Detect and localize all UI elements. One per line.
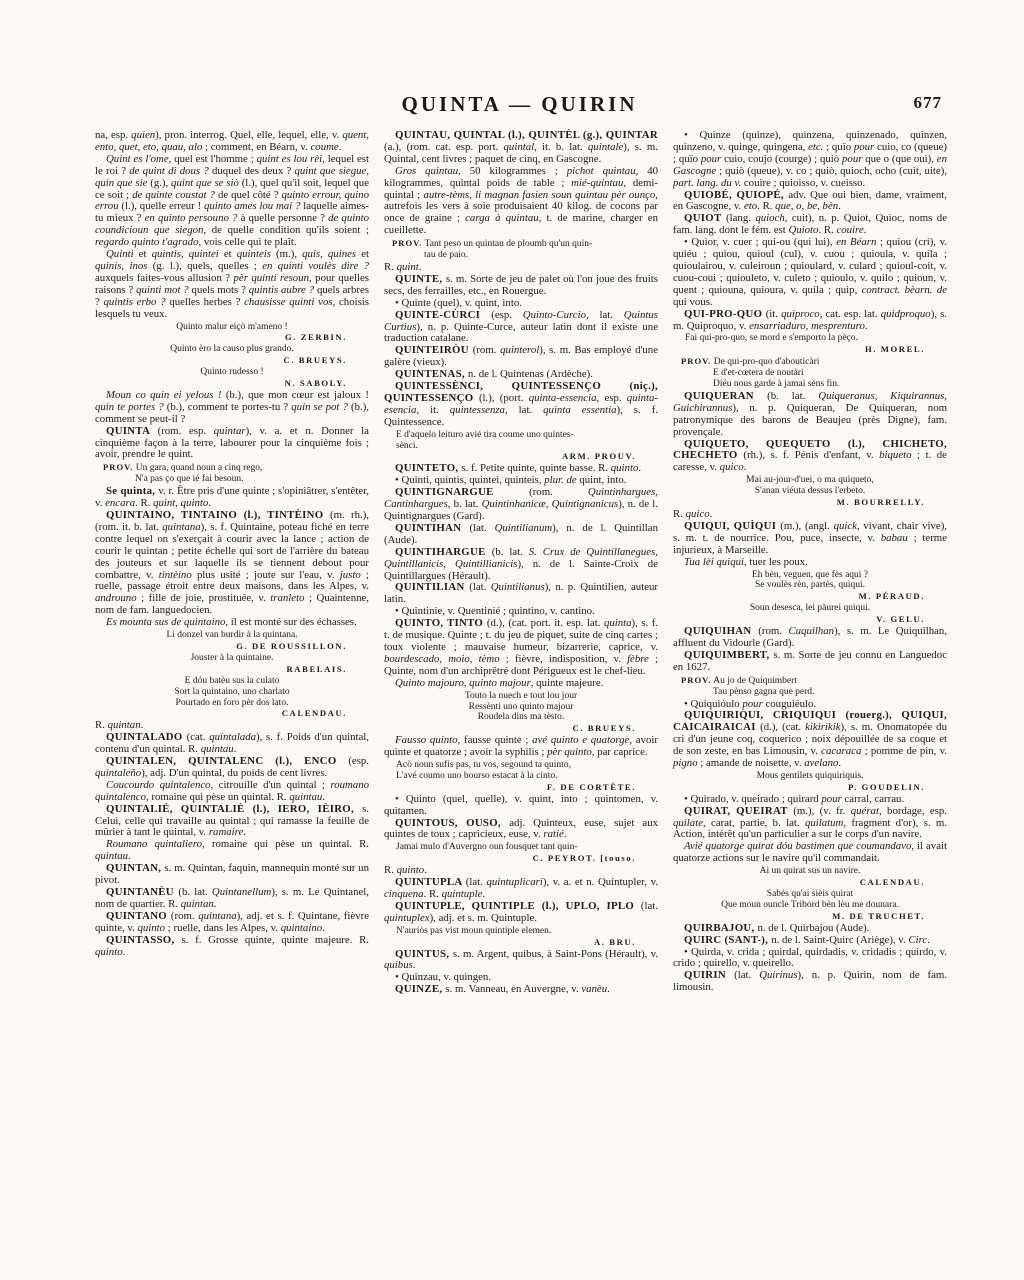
entry-text: • Quinzau, v. quingen.: [395, 971, 491, 983]
entry-text: n. de l. Quintenas (Ardèche).: [468, 368, 593, 380]
proverb-first-line: PROV. Tant peso un quintau de ploumb qu'…: [384, 238, 658, 250]
entry-text: • Quinti, quintis, quintei, quinteis, pl…: [395, 474, 626, 486]
dictionary-entry: QUIQUI, QUÌQUI (m.), (angl. quick, vivan…: [673, 521, 947, 557]
example-paragraph: Roumano quintaliero, romaine qui pèse un…: [95, 839, 369, 863]
dictionary-entry: QUINTOUS, OUSO, adj. Quinteux, euse, suj…: [384, 818, 658, 842]
attribution: N. SABOLY.: [95, 378, 369, 389]
attribution: H. MOREL.: [685, 344, 947, 355]
example-paragraph: Quinto majouro, quinto majour, quinte ma…: [384, 678, 658, 690]
attribution: G. DE ROUSSILLON.: [95, 641, 369, 652]
column-3: • Quinze (quinze), quinzena, quinzenado,…: [673, 130, 947, 996]
verse-line: Eh bèn, veguen, que fès aqui ?: [673, 570, 947, 581]
proverb: PROV. De qui-pro-quo d'abouticàriE d'et-…: [673, 356, 947, 390]
entry-text: • Quinto (quel, quelle), v. quint, into …: [384, 793, 658, 817]
verse-line: Mous gentilets quiquiriquis.: [673, 771, 947, 782]
attribution: M. DE TRUCHET.: [673, 911, 947, 922]
verse-line: Quinto malur eiçò m'ameno !: [95, 322, 369, 333]
example-paragraph: Es mounta sus de quintaino, il est monté…: [95, 617, 369, 629]
proverb-line: Tau pènso gagna que perd.: [673, 687, 947, 698]
entry-headword: QUINTANÈU: [106, 886, 178, 898]
proverb-line: E d'et-cœtera de noutàri: [673, 368, 947, 379]
example-paragraph: Tua lèi quìqui, tuer les poux.: [673, 557, 947, 569]
dictionary-entry: QUINTESSÈNCI, QUINTESSENÇO (niç.), QUINT…: [384, 381, 658, 429]
dictionary-entry: QUINTIHARGUE (b. lat. S. Crux de Quintil…: [384, 547, 658, 583]
attribution: G. ZERBIN.: [95, 332, 369, 343]
entry-headword: QUIRC (SANT-),: [684, 934, 771, 946]
entry-headword: QUINTAU, QUINTAL (l.), QUINTÈL (g.), QUI…: [395, 129, 658, 141]
entry-headword: QUIRIN: [684, 969, 734, 981]
cite-line: sènci.: [396, 441, 658, 452]
entry-text: Tua lèi quìqui, tuer les poux.: [684, 556, 808, 568]
column-2: QUINTAU, QUINTAL (l.), QUINTÈL (g.), QUI…: [384, 130, 658, 996]
entry-text: • Quirda, v. crida ; quirdal, quirdadis,…: [673, 946, 947, 970]
entry-headword: QUINTE,: [395, 273, 446, 285]
entry-text: Roumano quintaliero, romaine qui pèse un…: [95, 838, 369, 862]
entry-headword: QUINTALADO: [106, 731, 187, 743]
running-head: QUINTA — QUIRIN: [95, 92, 944, 117]
dictionary-entry: QUIQUIHAN (rom. Cuquilhan), s. m. Le Qui…: [673, 626, 947, 650]
proverb-text: Au jo de Quiquimbert: [713, 676, 797, 686]
attribution: P. GOUDELIN.: [673, 782, 947, 793]
verse-quote: Quinto èro la causo plus grando.C. BRUEY…: [95, 344, 369, 366]
verse-quote: Mous gentilets quiquiriquis.P. GOUDELIN.: [673, 771, 947, 793]
dictionary-entry: QUINTALADO (cat. quintalada), s. f. Poid…: [95, 732, 369, 756]
entry-headword: QUINZE,: [395, 983, 445, 995]
cross-reference-note: • Quior, v. cuer ; qui-ou (qui lui), en …: [673, 237, 947, 308]
cite-line: Jamai mulo d'Auvergno oun fousquet tant …: [396, 842, 658, 853]
verse-line: E dóu batèu sus la culato: [95, 676, 369, 687]
verse-quote: Jouster à la quintaine.RABELAIS.: [95, 653, 369, 675]
dictionary-entry: QUI-PRO-QUO (it. quiproco, cat. esp. lat…: [673, 309, 947, 333]
proverb: PROV. Tant peso un quintau de ploumb qu'…: [384, 238, 658, 261]
entry-headword: QUINTIHARGUE: [395, 546, 492, 558]
cross-reference-note: • Quirda, v. crida ; quirdal, quirdadis,…: [673, 947, 947, 971]
verse-quote: Quinto rudesso !N. SABOLY.: [95, 367, 369, 389]
cite-line: L'avé coumo uno bourso estacat à la cint…: [396, 771, 658, 782]
entry-text: Avié quatorge quirat dóu bastimen que co…: [673, 840, 947, 864]
entry-text: Quinto majouro, quinto majour, quinte ma…: [395, 677, 603, 689]
dictionary-entry: QUINTAN, s. m. Quintan, faquin, mannequi…: [95, 863, 369, 887]
dictionary-entry: QUINZE, s. m. Vanneau, en Auvergne, v. v…: [384, 984, 658, 996]
dictionary-entry: QUIRAT, QUEIRAT (m.), (v. fr. quérat, bo…: [673, 806, 947, 842]
attribution: CALENDAU.: [95, 708, 369, 719]
verse-line: Soun desesca, lei pàurei quìqui.: [673, 603, 947, 614]
dictionary-entry: Se quinta, v. r. Être pris d'une quinte …: [95, 486, 369, 510]
proverb-label: PROV.: [681, 356, 711, 366]
attribution: ARM. PROUV.: [396, 451, 658, 462]
entry-headword: QUINTUS,: [395, 948, 453, 960]
dictionary-entry: QUIQUERAN (b. lat. Quiqueranus, Kiquiran…: [673, 391, 947, 439]
verse-line: Sabès qu'ai sièis quirat: [673, 889, 947, 900]
entry-headword: QUINTENAS,: [395, 368, 468, 380]
entry-text: R. quico.: [673, 508, 712, 520]
page-number: 677: [914, 93, 943, 113]
proverb-label: PROV.: [681, 675, 711, 685]
verse-quote: Quinto malur eiçò m'ameno !G. ZERBIN.: [95, 322, 369, 344]
attribution: A. BRU.: [396, 937, 658, 948]
verse-quote: Li donzel van burdir à la quintana.G. DE…: [95, 630, 369, 652]
dictionary-entry: QUINTE-CÙRCI (esp. Quinto-Curcio, lat. Q…: [384, 310, 658, 346]
dictionary-entry: QUIOBÉ, QUIOPÉ, adv. Que oui bien, dame,…: [673, 190, 947, 214]
attribution: F. DE CORTÈTE.: [396, 782, 658, 793]
entry-text: Quinti et quintis, quintei et quinteis (…: [95, 248, 369, 320]
entry-text: R. quint.: [384, 261, 422, 273]
entry-headword: QUINTAN,: [106, 862, 164, 874]
citation: E d'aquelo leituro avié tira coume uno q…: [384, 430, 658, 463]
example-paragraph: Quinti et quintis, quintei et quinteis (…: [95, 249, 369, 320]
entry-text: • Quintinie, v. Quentinié ; quintino, v.…: [395, 605, 595, 617]
entry-text: • Quinte (quel), v. quint, into.: [395, 297, 522, 309]
proverb-first-line: PROV. De qui-pro-quo d'abouticàri: [673, 356, 947, 368]
verse-line: S'anan viéuta dessus l'erbeto.: [673, 486, 947, 497]
dictionary-entry: QUINTILIAN (lat. Quintilianus), n. p. Qu…: [384, 582, 658, 606]
verse-line: Aì un quirat sus un navire.: [673, 866, 947, 877]
entry-text: Es mounta sus de quintaino, il est monté…: [106, 616, 357, 628]
entry-headword: QUINTALEN, QUINTALENC (l.), ENCO: [106, 755, 348, 767]
entry-text: Gros quintau, 50 kilogrammes ; pichot qu…: [384, 165, 658, 237]
dictionary-entry: QUINTAU, QUINTAL (l.), QUINTÈL (g.), QUI…: [384, 130, 658, 166]
example-paragraph: Coucourdo quintalenco, citrouille d'un q…: [95, 780, 369, 804]
continuation-paragraph: na, esp. quien), pron. interrog. Quel, e…: [95, 130, 369, 154]
entry-headword: QUINTUPLE, QUINTIPLE (l.), UPLO, IPLO: [395, 900, 641, 912]
entry-text: Fausso quinto, fausse quinte ; avé quint…: [384, 734, 658, 758]
attribution: V. GELU.: [673, 614, 947, 625]
column-1: na, esp. quien), pron. interrog. Quel, e…: [95, 130, 369, 996]
attribution: C. PEYROT. [touso.: [396, 853, 658, 864]
citation: Acò noun sufis pas, tu vos, segound ta q…: [384, 760, 658, 793]
verse-line: Quinto rudesso !: [95, 367, 369, 378]
attribution: M. PÉRAUD.: [673, 591, 947, 602]
entry-text: n. de l. Saint-Quirc (Ariège), v. Circ.: [771, 934, 930, 946]
cite-line: Acò noun sufis pas, tu vos, segound ta q…: [396, 760, 658, 771]
proverb-first-line: PROV. Un gara, quand noun a cinq rego,: [95, 462, 369, 474]
dictionary-entry: QUINTE, s. m. Sorte de jeu de palet où l…: [384, 274, 658, 298]
proverb-line: N'a pas ço que ié fai besoun.: [95, 474, 369, 485]
example-paragraph: Moun co quin ei yelous ! (b.), que mon c…: [95, 390, 369, 426]
entry-text: • Quior, v. cuer ; qui-ou (qui lui), en …: [673, 236, 947, 308]
entry-headword: QUINTAINO, TINTAINO (l.), TINTÈINO: [106, 509, 330, 521]
page-header: QUINTA — QUIRIN 677: [95, 92, 944, 122]
dictionary-entry: QUINTANÈU (b. lat. Quintanellum), s. m. …: [95, 887, 369, 911]
dictionary-entry: QUINTIHAN (lat. Quintilianum), n. de l. …: [384, 523, 658, 547]
entry-headword: QUI-PRO-QUO: [684, 308, 766, 320]
dictionary-entry: QUINTUS, s. m. Argent, quibus, à Saint-P…: [384, 949, 658, 973]
verse-quote: Aì un quirat sus un navire.CALENDAU.: [673, 866, 947, 888]
entry-headword: QUIRAT, QUEIRAT: [684, 805, 793, 817]
cite-line: E d'aquelo leituro avié tira coume uno q…: [396, 430, 658, 441]
entry-headword: QUIQUI, QUÌQUI: [684, 520, 780, 532]
dictionary-entry: QUIQUETO, QUEQUETO (l.), CHICHETO, CHECH…: [673, 439, 947, 475]
entry-text: n. de l. Quirbajou (Aude).: [758, 922, 870, 934]
entry-headword: QUIRBAJOU,: [684, 922, 758, 934]
cite-line: N'auriòs pas vist moun quintiple elemen.: [396, 926, 658, 937]
dictionary-entry: QUINTALIÉ, QUINTALIÈ (l.), IERO, IÈIRO, …: [95, 804, 369, 840]
proverb: PROV. Un gara, quand noun a cinq rego,N'…: [95, 462, 369, 485]
verse-quote: Eh bèn, veguen, que fès aqui ?Se voulès …: [673, 570, 947, 603]
proverb-text: Un gara, quand noun a cinq rego,: [136, 463, 263, 473]
entry-text: • Quinze (quinze), quinzena, quinzenado,…: [673, 129, 947, 189]
example-paragraph: Avié quatorge quirat dóu bastimen que co…: [673, 841, 947, 865]
cite-line: Fai qui-pro-quo, se mord e s'emporto la …: [685, 333, 947, 344]
entry-headword: QUINTA: [106, 425, 158, 437]
attribution: C. BRUEYS.: [95, 355, 369, 366]
verse-line: Que moun ouncle Tribord bèn lèu me douna…: [673, 900, 947, 911]
dictionary-entry: QUINTUPLA (lat. quintuplicari), v. a. et…: [384, 877, 658, 901]
verse-quote: Sabès qu'ai sièis quiratQue moun ouncle …: [673, 889, 947, 922]
entry-headword: QUINTANO: [106, 910, 171, 922]
verse-quote: Touto la nuech e tout lou jourRessènti u…: [384, 691, 658, 735]
verse-line: Sort la quintaino, uno charlato: [95, 687, 369, 698]
entry-headword: QUINTOUS, OUSO,: [395, 817, 509, 829]
entry-headword: QUIQUIHAN: [684, 625, 758, 637]
proverb-label: PROV.: [392, 238, 422, 248]
proverb-text: Tant peso un quintau de ploumb qu'un qui…: [425, 239, 593, 249]
entry-text: Moun co quin ei yelous ! (b.), que mon c…: [95, 389, 369, 425]
entry-headword: QUINTALIÉ, QUINTALIÈ (l.), IERO, IÈIRO,: [106, 803, 362, 815]
proverb-text: De qui-pro-quo d'abouticàri: [714, 357, 820, 367]
entry-headword: QUIQUIMBERT,: [684, 649, 773, 661]
entry-headword: QUINTIGNARGUE: [395, 486, 529, 498]
entry-headword: QUIOT: [684, 212, 726, 224]
example-paragraph: Gros quintau, 50 kilogrammes ; pichot qu…: [384, 166, 658, 237]
verse-line: Pourtado en foro pèr dos lato.: [95, 698, 369, 709]
entry-text: • Quiquióulo pour couguiéulo.: [684, 698, 816, 710]
dictionary-entry: QUIQUIRIQUI, CRIQUIQUI (rouerg.), QUIQUI…: [673, 710, 947, 770]
verse-line: Quinto èro la causo plus grando.: [95, 344, 369, 355]
verse-line: Touto la nuech e tout lou jour: [384, 691, 658, 702]
proverb-first-line: PROV. Au jo de Quiquimbert: [673, 675, 947, 687]
entry-text: (m. rh.), (rom. it. b. lat. quintana), s…: [95, 509, 369, 616]
dictionary-page: QUINTA — QUIRIN 677 na, esp. quien), pro…: [0, 0, 1024, 1280]
verse-line: Jouster à la quintaine.: [95, 653, 369, 664]
entry-headword: Se quinta,: [106, 485, 158, 497]
entry-text: R. quinto.: [384, 864, 427, 876]
text-columns: na, esp. quien), pron. interrog. Quel, e…: [95, 130, 947, 996]
attribution: CALENDAU.: [673, 877, 947, 888]
entry-headword: QUINTASSO,: [106, 934, 182, 946]
proverb-label: PROV.: [103, 462, 133, 472]
verse-line: Mai au-jour-d'uei, o ma quiqueto,: [673, 475, 947, 486]
dictionary-entry: QUINTEIRÒU (rom. quinterol), s. m. Bas e…: [384, 345, 658, 369]
verse-quote: Soun desesca, lei pàurei quìqui.V. GELU.: [673, 603, 947, 625]
dictionary-entry: QUINTUPLE, QUINTIPLE (l.), UPLO, IPLO (l…: [384, 901, 658, 925]
dictionary-entry: QUINTANO (rom. quintana), adj. et s. f. …: [95, 911, 369, 935]
dictionary-entry: QUINTO, TINTO (d.), (cat. port. it. esp.…: [384, 618, 658, 678]
attribution: RABELAIS.: [95, 664, 369, 675]
verse-line: Roudela dins ma tèsto.: [384, 712, 658, 723]
entry-text: • Quirado, v. queirado ; quirard pour ca…: [684, 793, 904, 805]
dictionary-entry: QUINTA (rom. esp. quintar), v. a. et n. …: [95, 426, 369, 462]
cross-reference-note: • Quinze (quinze), quinzena, quinzenado,…: [673, 130, 947, 190]
attribution: C. BRUEYS.: [384, 723, 658, 734]
dictionary-entry: QUINTALEN, QUINTALENC (l.), ENCO (esp. q…: [95, 756, 369, 780]
verse-line: Ressènti uno quinto majour: [384, 702, 658, 713]
entry-headword: QUINTUPLA: [395, 876, 466, 888]
dictionary-entry: QUINTIGNARGUE (rom. Quintinhargues, Cant…: [384, 487, 658, 523]
verse-line: Li donzel van burdir à la quintana.: [95, 630, 369, 641]
entry-headword: QUINTIHAN: [395, 522, 470, 534]
cross-reference-note: • Quinto (quel, quelle), v. quint, into …: [384, 794, 658, 818]
entry-headword: QUINTETO,: [395, 462, 461, 474]
citation: N'auriòs pas vist moun quintiple elemen.…: [384, 926, 658, 948]
verse-quote: Mai au-jour-d'uei, o ma quiqueto,S'anan …: [673, 475, 947, 508]
proverb: PROV. Au jo de QuiquimbertTau pènso gagn…: [673, 675, 947, 698]
entry-headword: QUINTEIRÒU: [395, 344, 473, 356]
citation: Jamai mulo d'Auvergno oun fousquet tant …: [384, 842, 658, 864]
verse-line: Se voulès rèn, partès, quìqui.: [673, 580, 947, 591]
dictionary-entry: QUIQUIMBERT, s. m. Sorte de jeu connu en…: [673, 650, 947, 674]
entry-text: R. quintan.: [95, 719, 143, 731]
proverb-line: tau de paio.: [384, 250, 658, 261]
example-paragraph: Fausso quinto, fausse quinte ; avé quint…: [384, 735, 658, 759]
verse-quote: E dóu batèu sus la culatoSort la quintai…: [95, 676, 369, 720]
entry-text: Quint es l'ome, quel est l'homme ; quint…: [95, 153, 369, 248]
dictionary-entry: QUIRIN (lat. Quirinus), n. p. Quirin, no…: [673, 970, 947, 994]
proverb-line: Diéu nous garde à jamai sèns fin.: [673, 379, 947, 390]
entry-headword: QUINTE-CÙRCI: [395, 309, 491, 321]
entry-headword: QUINTO, TINTO: [395, 617, 487, 629]
example-paragraph: Quint es l'ome, quel est l'homme ; quint…: [95, 154, 369, 249]
citation: Fai qui-pro-quo, se mord e s'emporto la …: [673, 333, 947, 355]
dictionary-entry: QUINTAINO, TINTAINO (l.), TINTÈINO (m. r…: [95, 510, 369, 617]
entry-text: (a.), (rom. cat. esp. port. quintal, it.…: [384, 141, 658, 165]
entry-headword: QUIQUERAN: [684, 390, 767, 402]
entry-headword: QUINTILIAN: [395, 581, 469, 593]
entry-text: Coucourdo quintalenco, citrouille d'un q…: [95, 779, 369, 803]
entry-text: s. f. Petite quinte, quinte basse. R. qu…: [461, 462, 641, 474]
entry-text: s. m. Vanneau, en Auvergne, v. vanèu.: [445, 983, 609, 995]
dictionary-entry: QUINTASSO, s. f. Grosse quinte, quinte m…: [95, 935, 369, 959]
entry-text: na, esp. quien), pron. interrog. Quel, e…: [95, 129, 369, 153]
dictionary-entry: QUIOT (lang. quioch, cuit), n. p. Quiot,…: [673, 213, 947, 237]
entry-headword: QUIOBÉ, QUIOPÉ,: [684, 189, 788, 201]
attribution: M. BOURRELLY.: [673, 497, 947, 508]
